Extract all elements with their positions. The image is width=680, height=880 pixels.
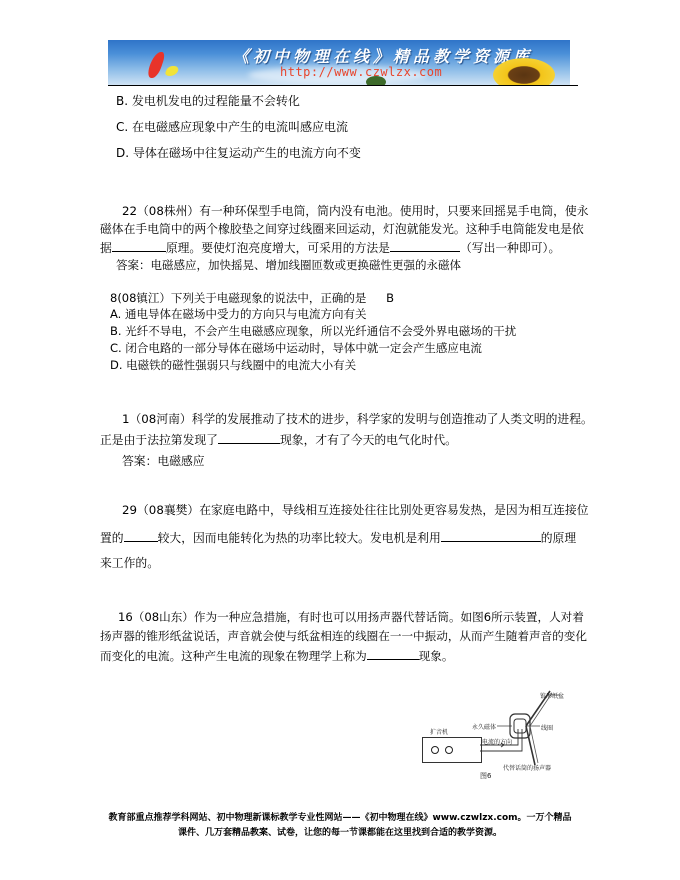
label-amplifier: 扩音机 xyxy=(430,727,448,736)
answer-blank[interactable] xyxy=(124,530,158,542)
answer-blank[interactable] xyxy=(367,648,419,660)
q29-line2: 置的较大，因而电能转化为热的功率比较大。发电机是利用的原理 xyxy=(100,530,576,545)
option-b: B. 发电机发电的过程能量不会转化 xyxy=(116,94,300,108)
option-text: 发电机发电的过程能量不会转化 xyxy=(132,94,300,108)
option-text: 光纤不导电，不会产生电磁感应现象，所以光纤通信不会受外界电磁场的干扰 xyxy=(125,324,516,338)
q16-text: 而变化的电流。这种产生电流的现象在物理学上称为 xyxy=(100,649,367,663)
amplifier-box xyxy=(422,737,482,763)
q22-line1: 22（08株州）有一种环保型手电筒，筒内没有电池。使用时，只要来回摇晃手电筒，使… xyxy=(122,204,589,218)
header-divider xyxy=(108,85,578,86)
q22-answer: 答案：电磁感应，加快摇晃、增加线圈匝数或更换磁性更强的永磁体 xyxy=(116,258,461,272)
q8-answer: B xyxy=(386,291,394,305)
q1-line1: 1（08河南）科学的发展推动了技术的进步，科学家的发明与创造推动了人类文明的进程… xyxy=(122,412,593,426)
option-label: B. xyxy=(116,94,128,108)
label-magnet: 永久磁体 xyxy=(472,722,496,731)
option-label: C. xyxy=(110,341,122,355)
q22-line3: 据原理。要使灯泡亮度增大，可采用的方法是（写出一种即可）。 xyxy=(100,240,560,255)
label-cone: 锥形纸盆 xyxy=(540,691,564,700)
q22-text: （写出一种即可）。 xyxy=(460,241,560,255)
logo-icon xyxy=(146,52,166,78)
label-coil: 线圈 xyxy=(541,723,553,732)
q29-line1: 29（08襄樊）在家庭电路中，导线相互连接处往往比别处更容易发热，是因为相互连接… xyxy=(122,503,589,517)
banner-title: 《初中物理在线》精品教学资源库 xyxy=(233,44,533,67)
label-speaker: 代替话筒的扬声器 xyxy=(503,763,551,772)
q29-line3: 来工作的。 xyxy=(100,556,159,570)
q22-text: 据 xyxy=(100,241,112,255)
q8-option-a: A. 通电导体在磁场中受力的方向只与电流方向有关 xyxy=(110,307,366,321)
q22-line2: 磁体在手电筒中的两个橡胶垫之间穿过线圈来回运动，灯泡就能发光。这种手电筒能发电是… xyxy=(100,222,584,236)
logo-accent-icon xyxy=(164,66,181,76)
option-d: D. 导体在磁场中往复运动产生的电流方向不变 xyxy=(116,146,361,160)
option-c: C. 在电磁感应现象中产生的电流叫感应电流 xyxy=(116,120,348,134)
option-text: 导体在磁场中往复运动产生的电流方向不变 xyxy=(133,146,361,160)
q1-answer: 答案：电磁感应 xyxy=(122,454,205,468)
figure-caption: 图6 xyxy=(480,771,491,781)
option-label: B. xyxy=(110,324,122,338)
header-banner: 《初中物理在线》精品教学资源库 http://www.czwlzx.com xyxy=(108,40,570,85)
option-label: D. xyxy=(116,146,129,160)
q29-text: 较大，因而电能转化为热的功率比较大。发电机是利用 xyxy=(158,531,441,545)
option-label: D. xyxy=(110,358,123,372)
answer-blank[interactable] xyxy=(441,530,541,542)
answer-blank[interactable] xyxy=(390,240,460,252)
q8-stem: 8(08镇江）下列关于电磁现象的说法中，正确的是 B xyxy=(110,291,394,305)
q1-text: 现象，才有了今天的电气化时代。 xyxy=(280,433,457,447)
q8-option-b: B. 光纤不导电，不会产生电磁感应现象，所以光纤通信不会受外界电磁场的干扰 xyxy=(110,324,516,338)
leaf-decoration xyxy=(366,76,386,85)
q16-text: 现象。 xyxy=(419,649,454,663)
knob-icon xyxy=(445,746,453,754)
q1-line2: 正是由于法拉第发现了现象，才有了今天的电气化时代。 xyxy=(100,432,457,447)
option-text: 在电磁感应现象中产生的电流叫感应电流 xyxy=(132,120,348,134)
q8-stem-text: 8(08镇江）下列关于电磁现象的说法中，正确的是 xyxy=(110,291,366,305)
option-text: 通电导体在磁场中受力的方向只与电流方向有关 xyxy=(125,307,367,321)
option-label: C. xyxy=(116,120,128,134)
sunflower-image xyxy=(493,58,555,85)
q1-text: 正是由于法拉第发现了 xyxy=(100,433,218,447)
banner-url: http://www.czwlzx.com xyxy=(280,65,442,79)
q29-text: 的原理 xyxy=(541,531,576,545)
option-label: A. xyxy=(110,307,121,321)
document-page: 《初中物理在线》精品教学资源库 http://www.czwlzx.com B.… xyxy=(0,0,680,880)
q16-line3: 而变化的电流。这种产生电流的现象在物理学上称为现象。 xyxy=(100,648,453,663)
figure-6-speaker-diagram: 扩音机 永久磁体 锥形纸盆 线圈 电流的方向 代替话筒的扬声器 图6 xyxy=(400,685,570,780)
q16-line1: 16（08山东）作为一种应急措施，有时也可以用扬声器代替话筒。如图6所示装置，人… xyxy=(118,610,584,624)
q22-text: 原理。要使灯泡亮度增大，可采用的方法是 xyxy=(166,241,390,255)
footer-line2: 课件、几万套精品教案、试卷，让您的每一节课都能在这里找到合适的教学资源。 xyxy=(0,827,680,839)
option-text: 闭合电路的一部分导体在磁场中运动时，导体中就一定会产生感应电流 xyxy=(125,341,482,355)
option-text: 电磁铁的磁性强弱只与线圈中的电流大小有关 xyxy=(126,358,356,372)
q29-text: 置的 xyxy=(100,531,124,545)
answer-blank[interactable] xyxy=(112,240,166,252)
q8-option-d: D. 电磁铁的磁性强弱只与线圈中的电流大小有关 xyxy=(110,358,356,372)
q8-option-c: C. 闭合电路的一部分导体在磁场中运动时，导体中就一定会产生感应电流 xyxy=(110,341,482,355)
footer-line1: 教育部重点推荐学科网站、初中物理新课标教学专业性网站——《初中物理在线》www.… xyxy=(0,812,680,824)
knob-icon xyxy=(431,746,439,754)
answer-blank[interactable] xyxy=(218,432,280,444)
q16-line2: 扬声器的锥形纸盆说话，声音就会使与纸盆相连的线圈在一一中振动，从而产生随着声音的… xyxy=(100,629,587,643)
label-current-direction: 电流的方向 xyxy=(482,737,512,746)
